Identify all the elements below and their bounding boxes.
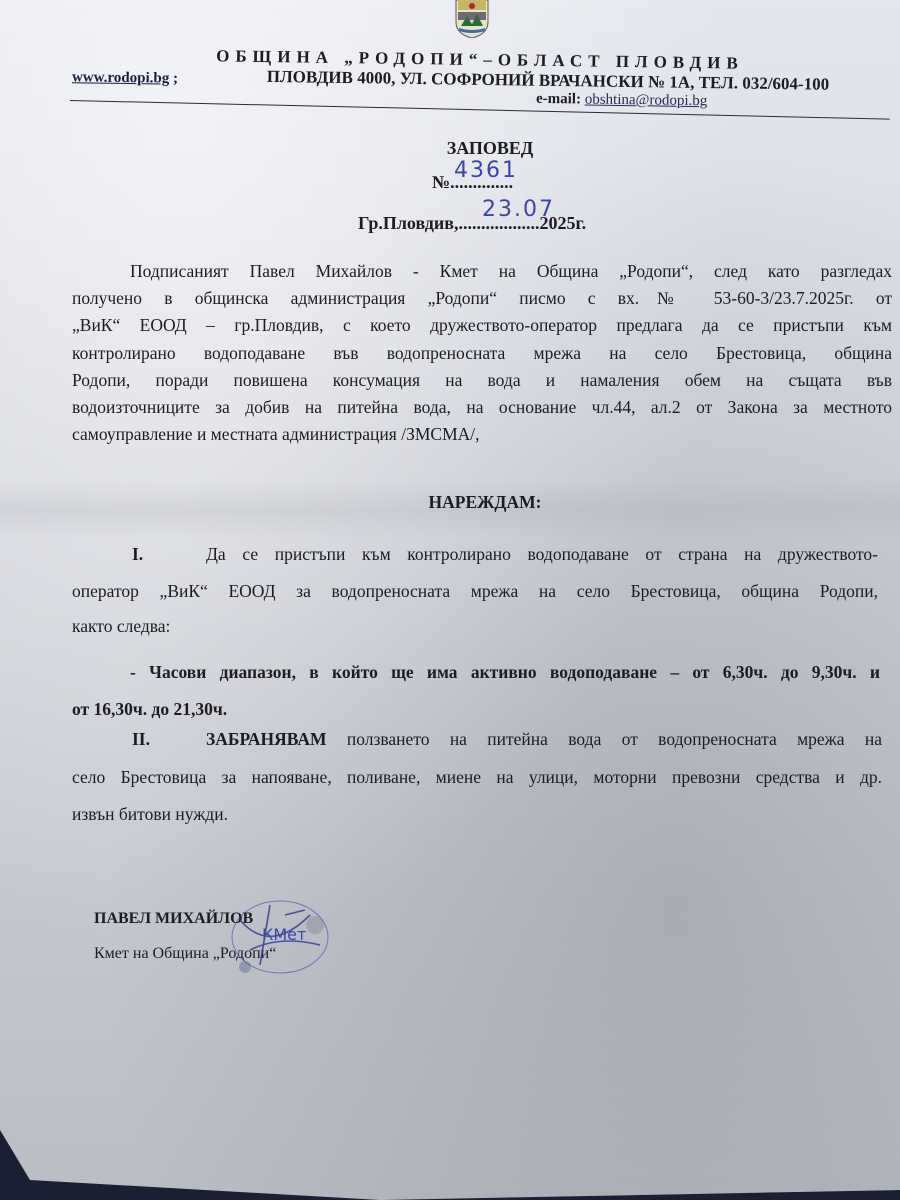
- section-2: II.ЗАБРАНЯВАМ ползването на питейна вода…: [72, 726, 882, 829]
- email: e-mail: obshtina@rodopi.bg: [536, 91, 708, 110]
- preamble-line: самоуправление и местната администрация …: [72, 421, 892, 448]
- signatory-role: Кмет на Община „Родопи“: [94, 945, 276, 963]
- section-1-line: Да се пристъпи към контролирано водопода…: [206, 544, 878, 564]
- order-date: Гр.Пловдив,..................2025г. 23.0…: [358, 213, 586, 234]
- preamble-line: „ВиК“ ЕООД – гр.Пловдив, с което дружест…: [72, 312, 892, 339]
- coat-of-arms-icon: [453, 0, 491, 38]
- schedule-line: - Часови диапазон, в който ще има активн…: [72, 659, 880, 686]
- section-2-keyword: ЗАБРАНЯВАМ: [206, 729, 327, 749]
- order-heading: НАРЕЖДАМ:: [0, 492, 900, 513]
- handwritten-number: 4361: [454, 158, 518, 183]
- section-1-line: оператор „ВиК“ ЕООД за водопреносната мр…: [72, 578, 878, 605]
- preamble-paragraph: Подписаният Павел Михайлов - Кмет на Общ…: [72, 258, 892, 448]
- document-title: ЗАПОВЕД: [0, 138, 900, 159]
- preamble-line: Родопи, поради повишена консумация на во…: [72, 367, 892, 394]
- handwritten-date: 23.07: [482, 197, 555, 222]
- preamble-line: контролирано водоподаване във водопренос…: [72, 340, 892, 367]
- section-2-line: извън битови нужди.: [72, 801, 882, 829]
- section-1-line: както следва:: [72, 613, 878, 640]
- section-2-numeral: II.: [72, 726, 206, 754]
- section-2-line: ползването на питейна вода от водопренос…: [327, 729, 882, 749]
- place-label: Гр.Пловдив,: [358, 213, 458, 233]
- preamble-line: получено в общинска администрация „Родоп…: [72, 285, 892, 312]
- order-number: №.............. 4361: [432, 172, 513, 193]
- preamble-line: водоизточниците за добив на питейна вода…: [72, 394, 892, 421]
- section-1-numeral: I.: [72, 541, 206, 568]
- section-1: I.Да се пристъпи към контролирано водопо…: [72, 541, 878, 640]
- email-label: e-mail:: [536, 91, 585, 108]
- number-label: №: [432, 172, 450, 192]
- section-2-line: село Брестовица за напояване, поливане, …: [72, 764, 882, 792]
- signatory-name: ПАВЕЛ МИХАЙЛОВ: [94, 910, 253, 928]
- preamble-line: Подписаният Павел Михайлов - Кмет на Общ…: [72, 258, 892, 285]
- schedule-line: от 16,30ч. до 21,30ч.: [72, 696, 880, 723]
- water-schedule: - Часови диапазон, в който ще има активн…: [72, 659, 880, 723]
- email-link[interactable]: obshtina@rodopi.bg: [585, 91, 708, 109]
